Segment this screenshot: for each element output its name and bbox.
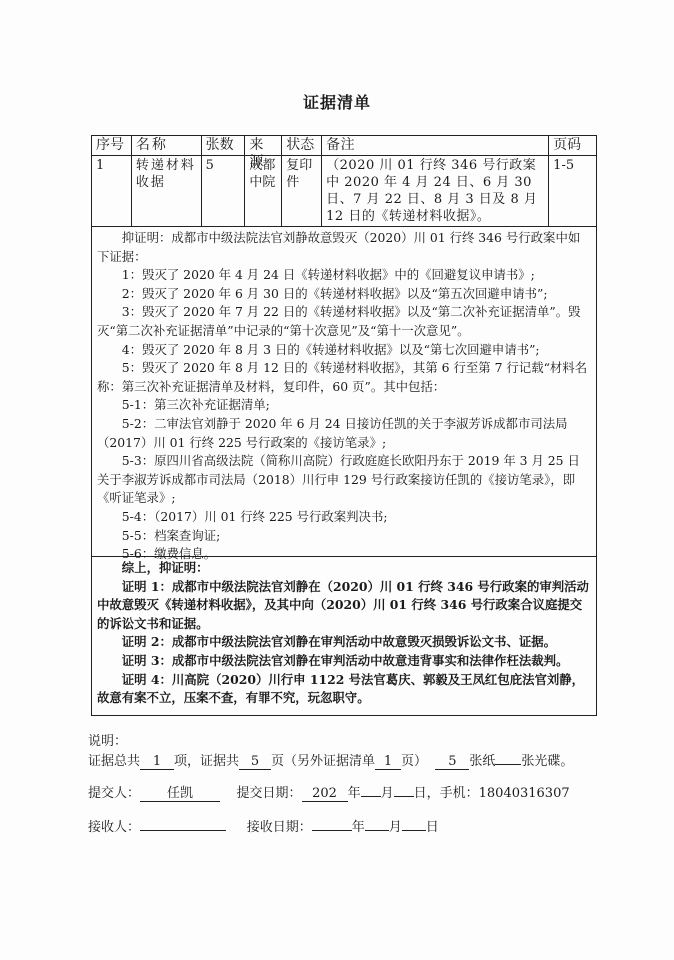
list-pages-field[interactable]: 1: [375, 755, 401, 770]
evidence-table: 序号 名称 张数 来源 状态 备注 页码 1 转递材料收据 5 成都中院 复印件…: [91, 135, 597, 716]
pages-count-field[interactable]: 5: [239, 755, 271, 770]
footer-note: 说明： 证据总共1项，证据共5页（另外证据清单1页） 5张纸张光碟。: [88, 733, 608, 770]
year-unit: 年: [348, 786, 361, 801]
summary-text: 项，证据共: [174, 754, 239, 769]
header-source: 来源: [245, 136, 282, 155]
conclusion-item: 证明 4：川高院（2020）川行申 1122 号法官葛庆、郭毅及王凤红包庇法官刘…: [97, 671, 591, 708]
summary-text: 证据总共: [88, 754, 140, 769]
receiver-line: 接收人： 接收日期：年月日: [88, 816, 608, 836]
receiver-name-field[interactable]: [140, 816, 226, 831]
header-index: 序号: [92, 136, 132, 155]
header-remarks: 备注: [322, 136, 549, 155]
receive-year-field[interactable]: [312, 816, 352, 831]
conclusion-item: 证明 3：成都市中级法院法官刘静在审判活动中故意违背事实和法律作枉法裁判。: [97, 652, 591, 671]
proof-item: 5-2：二审法官刘静于 2020 年 6 月 24 日接访任凯的关于李淑芳诉成都…: [97, 415, 591, 452]
evidence-summary: 证据总共1项，证据共5页（另外证据清单1页） 5张纸张光碟。: [88, 750, 608, 770]
summary-text: 张光碟。: [521, 754, 573, 769]
month-unit: 月: [389, 820, 402, 835]
submit-day-field[interactable]: [394, 782, 414, 797]
conclusion-section: 综上，抑证明： 证明 1：成都市中级法院法官刘静在（2020）川 01 行终 3…: [92, 557, 596, 715]
table-header-row: 序号 名称 张数 来源 状态 备注 页码: [92, 136, 596, 156]
proof-item: 5：毁灭了 2020 年 8 月 12 日的《转递材料收据》，其第 6 行至第 …: [97, 359, 591, 396]
phone-number: 18040316307: [479, 786, 570, 801]
paper-count-field[interactable]: 5: [435, 755, 469, 770]
day-unit: 日，: [414, 786, 440, 801]
receive-month-field[interactable]: [365, 816, 389, 831]
header-sheets: 张数: [202, 136, 246, 155]
proof-item: 5-3：原四川省高级法院（简称川高院）行政庭庭长欧阳丹东于 2019 年 3 月…: [97, 452, 591, 508]
submit-month-field[interactable]: [361, 782, 381, 797]
proof-item: 5-1：第三次补充证据清单;: [97, 396, 591, 415]
proof-item: 2：毁灭了 2020 年 6 月 30 日的《转递材料收据》以及“第五次回避申请…: [97, 285, 591, 304]
cell-status: 复印件: [282, 156, 322, 226]
header-status: 状态: [282, 136, 322, 155]
cell-source: 成都中院: [245, 156, 282, 226]
submitter-line: 提交人：任凯 提交日期：202年月日，手机：18040316307: [88, 782, 608, 802]
receiver-label: 接收人：: [88, 820, 140, 835]
note-label: 说明：: [88, 733, 608, 750]
submit-date-label: 提交日期：: [237, 786, 302, 801]
conclusion-intro: 综上，抑证明：: [97, 559, 591, 578]
table-row: 1 转递材料收据 5 成都中院 复印件 （2020 川 01 行终 346 号行…: [92, 156, 596, 227]
cell-remarks: （2020 川 01 行终 346 号行政案中 2020 年 4 月 24 日、…: [322, 156, 549, 226]
proof-item: 5-5：档案查询证;: [97, 527, 591, 546]
submit-year-field[interactable]: 202: [302, 787, 348, 802]
submitter-name-field[interactable]: 任凯: [140, 787, 220, 802]
proof-section: 抑证明：成都市中级法院法官刘静故意毁灭（2020）川 01 行终 346 号行政…: [92, 227, 596, 557]
day-unit: 日: [426, 820, 439, 835]
cell-name: 转递材料收据: [132, 156, 202, 226]
document-title: 证据清单: [0, 90, 674, 113]
header-name: 名称: [132, 136, 202, 155]
year-unit: 年: [352, 820, 365, 835]
items-count-field[interactable]: 1: [140, 755, 174, 770]
proof-item: 4：毁灭了 2020 年 8 月 3 日的《转递材料收据》以及“第七次回避申请书…: [97, 341, 591, 360]
phone-label: 手机：: [440, 786, 479, 801]
cell-sheets: 5: [202, 156, 246, 226]
proof-item: 5-4：（2017）川 01 行终 225 号行政案判决书;: [97, 508, 591, 527]
header-pages: 页码: [549, 136, 596, 155]
summary-text: 张纸: [469, 754, 495, 769]
proof-item: 1：毁灭了 2020 年 4 月 24 日《转递材料收据》中的《回避复议申请书》…: [97, 266, 591, 285]
proof-intro: 抑证明：成都市中级法院法官刘静故意毁灭（2020）川 01 行终 346 号行政…: [97, 229, 591, 266]
submitter-label: 提交人：: [88, 786, 140, 801]
cell-pages: 1-5: [549, 156, 596, 226]
receive-day-field[interactable]: [402, 816, 426, 831]
cell-index: 1: [92, 156, 132, 226]
summary-text: 页）: [401, 754, 427, 769]
proof-item: 3：毁灭了 2020 年 7 月 22 日的《转递材料收据》以及“第二次补充证据…: [97, 303, 591, 340]
conclusion-item: 证明 2：成都市中级法院法官刘静在审判活动中故意毁灭损毁诉讼文书、证据。: [97, 633, 591, 652]
summary-text: 页（另外证据清单: [271, 754, 375, 769]
month-unit: 月: [381, 786, 394, 801]
conclusion-item: 证明 1：成都市中级法院法官刘静在（2020）川 01 行终 346 号行政案的…: [97, 578, 591, 634]
disc-count-field[interactable]: [495, 750, 521, 765]
receive-date-label: 接收日期：: [247, 820, 312, 835]
